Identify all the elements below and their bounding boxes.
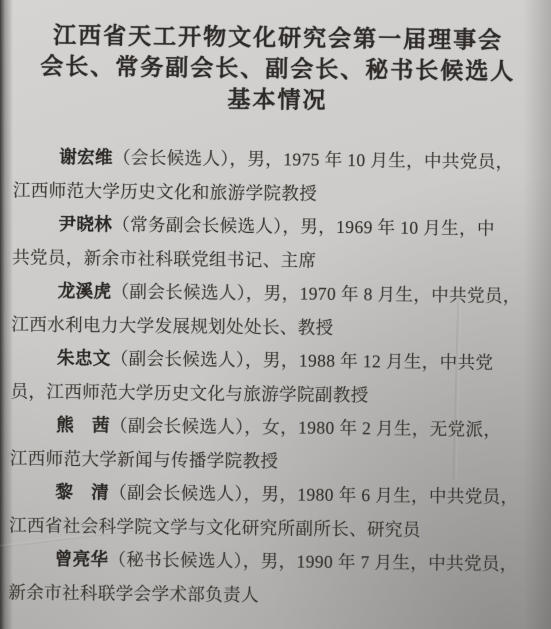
candidate-line1-rest: （副会长候选人），女，1980 年 2 月生，无党派， <box>110 415 502 439</box>
candidate-line1-rest: （常务副会长候选人），男，1969 年 10 月生，中 <box>112 214 495 238</box>
candidate-paragraph: 朱忠文（副会长候选人），男，1988 年 12 月生，中共党 员，江西师范大学历… <box>10 341 538 414</box>
candidate-line1: 黎 清（副会长候选人），男，1980 年 6 月生，中共党员， <box>9 475 536 514</box>
candidate-paragraph: 谢宏维（会长候选人），男，1975 年 10 月生，中共党员， 江西师范大学历史… <box>13 140 541 213</box>
candidate-name: 尹晓林 <box>58 214 112 235</box>
document-title-line: 基本情况 <box>14 81 541 118</box>
candidate-line2: 新余市社科联学会学术部负责人 <box>8 576 535 615</box>
candidate-line1: 谢宏维（会长候选人），男，1975 年 10 月生，中共党员， <box>13 140 540 179</box>
document-content: 江西省天工开物文化研究会第一届理事会 会长、常务副会长、副会长、秘书长候选人 基… <box>0 0 551 629</box>
document-title-line: 会长、常务副会长、副会长、秘书长候选人 <box>14 50 541 87</box>
candidate-name: 谢宏维 <box>59 147 113 168</box>
candidate-line1: 熊 茜（副会长候选人），女，1980 年 2 月生，无党派， <box>10 408 537 447</box>
candidate-name: 曾亮华 <box>55 549 109 570</box>
candidate-name: 朱忠文 <box>57 348 111 369</box>
candidate-line1-rest: （副会长候选人），男，1980 年 6 月生，中共党员， <box>109 482 519 507</box>
candidate-name: 龙溪虎 <box>58 281 112 302</box>
candidate-paragraph: 黎 清（副会长候选人），男，1980 年 6 月生，中共党员， 江西省社会科学院… <box>9 475 537 548</box>
document-title: 江西省天工开物文化研究会第一届理事会 会长、常务副会长、副会长、秘书长候选人 基… <box>14 19 542 118</box>
candidate-paragraph: 曾亮华（秘书长候选人），男，1990 年 7 月生，中共党员， 新余市社科联学会… <box>8 542 536 615</box>
candidate-line1-rest: （副会长候选人），男，1988 年 12 月生，中共党 <box>111 348 494 372</box>
photographed-document-page: 江西省天工开物文化研究会第一届理事会 会长、常务副会长、副会长、秘书长候选人 基… <box>0 0 551 629</box>
candidate-line1: 尹晓林（常务副会长候选人），男，1969 年 10 月生，中 <box>12 207 539 246</box>
candidate-paragraph: 尹晓林（常务副会长候选人），男，1969 年 10 月生，中 共党员，新余市社科… <box>12 207 540 280</box>
candidate-list: 谢宏维（会长候选人），男，1975 年 10 月生，中共党员， 江西师范大学历史… <box>8 140 540 615</box>
candidate-paragraph: 龙溪虎（副会长候选人），男，1970 年 8 月生，中共党员， 江西水利电力大学… <box>11 274 539 347</box>
candidate-line1: 朱忠文（副会长候选人），男，1988 年 12 月生，中共党 <box>11 341 538 380</box>
candidate-line1: 曾亮华（秘书长候选人），男，1990 年 7 月生，中共党员， <box>9 542 536 581</box>
candidate-line1: 龙溪虎（副会长候选人），男，1970 年 8 月生，中共党员， <box>12 274 539 313</box>
candidate-line1-rest: （副会长候选人），男，1970 年 8 月生，中共党员， <box>111 281 521 306</box>
candidate-name: 熊 茜 <box>56 415 110 436</box>
candidate-name: 黎 清 <box>55 482 109 503</box>
candidate-line1-rest: （会长候选人），男，1975 年 10 月生，中共党员， <box>113 147 514 172</box>
candidate-paragraph: 熊 茜（副会长候选人），女，1980 年 2 月生，无党派， 江西师范大学新闻与… <box>10 408 538 481</box>
candidate-line1-rest: （秘书长候选人），男，1990 年 7 月生，中共党员， <box>108 549 518 574</box>
